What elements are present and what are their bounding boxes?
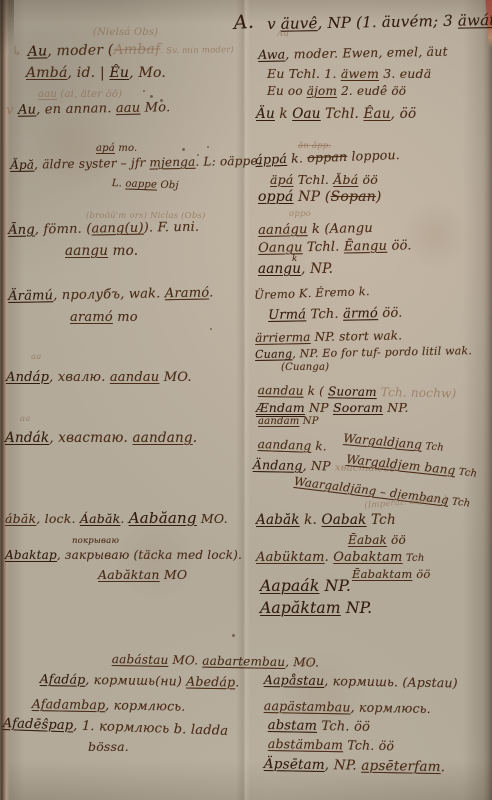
ink-speck: [143, 90, 145, 92]
text-segment: (ai, äter öö): [57, 89, 122, 100]
headword: aangu: [65, 243, 108, 259]
text-segment: ): [376, 189, 382, 205]
headword: Äpsētam: [264, 756, 325, 773]
headword: aandam: [258, 416, 299, 427]
headword: Au: [28, 43, 48, 59]
text-segment: k: [275, 106, 292, 122]
text-segment: Eu Tchl. 1.: [267, 66, 341, 81]
page-right-edge: [483, 0, 492, 800]
text-segment: aa: [20, 414, 31, 424]
text-segment: , пролубъ, wak.: [53, 286, 165, 303]
left-b6-line1: Andáp, хвалю. aandau MO.: [6, 370, 192, 385]
text-segment: , äldre syster – jfr: [34, 156, 149, 172]
headword: Aabăang: [129, 509, 197, 527]
text-segment: MO.: [197, 511, 228, 526]
headword: aau: [38, 89, 57, 100]
text-segment: . L: oäppe.: [195, 154, 262, 169]
text-segment: , хвалю.: [49, 370, 110, 385]
text-segment: öö: [387, 533, 406, 547]
text-segment: .: [209, 285, 214, 300]
text-segment: NP: [299, 416, 318, 427]
ink-speck: [210, 328, 212, 330]
left-b3-line1: Ăpă, äldre syster – jfr mjenga. L: oäppe…: [10, 154, 262, 172]
text-segment: , id. |: [68, 65, 110, 81]
headword: abstämbam: [268, 736, 344, 752]
right-b5-line1: Üremo K. Éremo k.: [254, 284, 370, 302]
right-b5-line2: Urmá Tch. ärmó öö.: [268, 306, 403, 323]
right-b6-line1: aandau k ( Suoram Tch. nochw): [258, 383, 457, 400]
text-segment: MO.: [159, 370, 191, 385]
left-b7-line1: Andák, хвастаю. aandang.: [5, 430, 197, 446]
header-initial: A.: [233, 11, 255, 34]
headword: mjenga: [149, 155, 195, 170]
right-b5-line3: ärrierma NP. stort wak.: [255, 328, 402, 345]
headword: Oau: [292, 106, 320, 122]
headword: Ăbá: [333, 172, 358, 187]
headword: Aramó: [165, 285, 210, 301]
left-b4-line1: Āng, fömn. (aang(u)). F. uni.: [8, 220, 199, 238]
text-segment: NP (: [294, 189, 331, 205]
text-segment: .: [120, 511, 128, 526]
right-b9-line4: abstämbam Tch. öö: [268, 736, 395, 753]
text-segment: Tchl.: [302, 240, 344, 256]
text-segment: Üremo K. Éremo k.: [254, 284, 370, 302]
left-b2-line1: v Au, en annan. aau Mo.: [6, 100, 171, 118]
text-segment: , кормишь(ни): [85, 672, 186, 689]
left-b6-note: aa: [31, 352, 42, 362]
text-segment: Tch. nochw): [377, 385, 457, 400]
stain: [400, 200, 470, 270]
headword: Abedáp: [186, 674, 235, 690]
left-b7-note: aa: [20, 414, 31, 424]
text-segment: Eu oo: [267, 84, 307, 98]
text-segment: Tch: [455, 466, 478, 479]
headword: Andáp: [6, 370, 49, 385]
text-segment: MO.: [168, 653, 202, 668]
text-segment: NP: [305, 400, 333, 415]
ink-speck: [207, 146, 209, 148]
struck-word: Sopan: [331, 189, 376, 205]
right-b7-line1: aandang k.: [258, 437, 328, 453]
text-segment: NP.: [383, 400, 409, 415]
left-b1-line2: Ambá, id. | Êu, Mo.: [26, 65, 166, 81]
ink-speck: [150, 95, 153, 98]
headword: äjom: [307, 84, 337, 98]
text-segment: Tch: [422, 441, 445, 454]
headword: äwát: [458, 11, 492, 30]
ink-speck: [232, 634, 235, 637]
headword: Awa: [258, 47, 285, 62]
left-b5-line1: Ärämú, пролубъ, wak. Aramó.: [8, 285, 214, 304]
text-segment: , закрываю (täcka med lock).: [57, 548, 242, 562]
right-b8-line2: Ēabak öö: [348, 533, 406, 547]
headword: aapästambau: [264, 698, 351, 715]
right-b4-line1: aanágu k (Aangu: [258, 221, 373, 238]
text-segment: .: [325, 550, 334, 565]
headword: aramó: [70, 310, 113, 325]
headword: Ēangu: [344, 239, 388, 255]
manuscript-page: A. v äuvê, NP (1. äuvém; 3 äwát). Au (Ni…: [0, 0, 492, 800]
text-segment: , fömn. (: [35, 222, 92, 238]
left-b1-note: (Nielsá Obs): [93, 27, 158, 38]
headword: aau: [116, 101, 141, 116]
text-segment: , кормлюсь.: [105, 697, 185, 713]
text-segment: Tch: [367, 512, 396, 528]
text-segment: öö: [358, 172, 378, 187]
headword: Ändang: [253, 457, 303, 473]
right-b8-line6: Aapăktam NP.: [260, 599, 372, 617]
text-segment: (ĉ): [300, 659, 312, 669]
text-segment: Tch. öö: [317, 719, 370, 735]
check-mark: ↳: [11, 44, 28, 60]
text-segment: k.: [311, 439, 327, 454]
headword: Andák: [5, 430, 49, 446]
headword: äwem: [341, 66, 379, 81]
text-segment: , NP. Eo for tuf- pordo litil wak.: [292, 344, 472, 360]
right-b9-line1: Aapåstau, кормишь. (Apstau): [264, 672, 458, 690]
headword: Ēabaktam: [352, 567, 412, 581]
left-b8-line2: Abaktap, закрываю (täcka med lock).: [5, 548, 242, 562]
headword: áppá: [255, 151, 287, 167]
text-segment: Tch. öö: [343, 737, 394, 753]
check-mark: v: [6, 103, 18, 118]
text-segment: NP.: [341, 599, 373, 617]
text-segment: .: [441, 759, 446, 775]
headword: aang(u): [91, 221, 143, 237]
right-b8-line4: Ēabaktam öö: [352, 567, 431, 581]
text-segment: bössa.: [88, 739, 129, 754]
left-b1-line1: ↳ Au, moder (Ambaf. Sv. min moder): [11, 40, 234, 60]
headword: ärmó: [343, 306, 378, 322]
text-segment: , moder (: [47, 42, 114, 59]
text-segment: Tch: [403, 553, 425, 564]
headword: oappe: [125, 178, 157, 190]
headword: aangu: [258, 261, 301, 277]
left-b8-line3: Aabăktan MO: [98, 567, 187, 582]
right-b3-line2: äpá Tchl. Ăbá öö: [270, 172, 378, 187]
headword: aandang: [258, 437, 312, 453]
text-segment: , moder. Ewen, emel, äut: [285, 44, 448, 62]
left-b3-subnote: L. oappe Obj: [112, 178, 179, 191]
headword: aandau: [110, 370, 160, 385]
headword: Ärämú: [8, 288, 53, 304]
book-binding-edge: [0, 0, 10, 800]
header-subnote: Au: [277, 29, 289, 39]
text-segment: (Cuanga): [281, 362, 329, 373]
headword: aabartembau: [202, 654, 285, 669]
text-segment: (Nielsá Obs): [93, 27, 158, 38]
text-segment: k (Aangu: [308, 221, 373, 237]
headword: Suoram: [328, 384, 377, 399]
headword: Aabüktam: [256, 550, 325, 565]
headword: Afadambap: [32, 696, 106, 712]
text-segment: покрываю: [72, 536, 119, 546]
text-segment: NP. stort wak.: [310, 328, 402, 344]
text-segment: mo.: [115, 143, 138, 154]
headword: apá: [96, 143, 115, 154]
text-segment: Obj: [157, 180, 179, 192]
headword: Urmá: [268, 307, 306, 323]
struck-word: Ambaf: [113, 41, 160, 58]
left-b9-line1: Afadáp, кормишь(ни) Abedáp.: [40, 671, 240, 689]
headword: Cuang: [255, 347, 292, 361]
right-b7-warg2: Wargaldjem bang Tch: [346, 452, 478, 480]
text-segment: öö.: [378, 306, 403, 321]
right-b9-line3: abstam Tch. öö: [268, 718, 370, 735]
text-segment: Tchl.: [321, 106, 364, 122]
headword: aandau: [258, 383, 304, 398]
right-b6-line2: Ændam NP Sooram NP.: [256, 400, 409, 415]
headword: Ændam: [256, 400, 305, 415]
right-b1-line3: Eu oo äjom 2. eudê öö: [267, 84, 406, 98]
right-b3-note: oppo: [289, 209, 311, 219]
right-b9-line5: Äpsētam, NP. apsēterfam.: [264, 756, 446, 775]
struck-word: oppan: [307, 149, 348, 165]
text-segment: , кормишь. (Apstau): [324, 673, 458, 690]
text-segment: , NP: [303, 458, 336, 474]
headword: Wargaldjang: [343, 431, 423, 452]
text-segment: . Sv. min moder): [160, 45, 234, 56]
headword: Áabăk: [80, 511, 121, 526]
text-segment: k (: [304, 384, 329, 398]
headword: Ambá: [26, 65, 68, 81]
text-segment: .: [193, 430, 198, 446]
left-b9-topline: aabástau MO. aabartembau, MO.: [112, 652, 320, 670]
headword: Oabak: [322, 512, 367, 528]
text-segment: , NP.: [301, 261, 333, 277]
text-segment: mo: [113, 310, 138, 325]
text-segment: 3. eudä: [379, 66, 431, 81]
right-b4-line2: Oangu Tchl. Ēangu öö.: [258, 238, 412, 256]
right-b4-line3: aangu, NP.: [258, 261, 333, 277]
text-segment: 2. eudê öö: [337, 84, 406, 98]
headword: ärrierma: [255, 330, 311, 345]
headword: aabástau: [112, 652, 169, 667]
headword: Abaktap: [5, 548, 57, 562]
right-b9-line2: aapästambau, кормлюсь.: [264, 698, 431, 716]
headword: aanágu: [258, 222, 308, 238]
text-segment: oppo: [289, 209, 311, 219]
headword: Aapåstau: [264, 672, 325, 688]
headword: Äu: [256, 106, 275, 122]
right-b1-line2: Eu Tchl. 1. äwem 3. eudä: [267, 66, 431, 81]
headword: Ēabak: [348, 533, 387, 547]
text-segment: .: [235, 674, 239, 689]
text-segment: loppou.: [347, 147, 400, 164]
text-segment: öö.: [387, 238, 412, 253]
left-b9-line4: bössa.: [88, 739, 129, 754]
headword: ábăk: [5, 511, 36, 526]
headword: abstam: [268, 718, 318, 734]
text-segment: , 1. кормлюсь b. ladda: [73, 718, 228, 738]
headword: Aabăktan: [98, 567, 160, 582]
right-b7-warg1: Wargaldjang Tch: [343, 431, 445, 454]
right-b3-line3: oppá NP (Sopan): [258, 189, 382, 205]
headword: Aabăk: [256, 512, 300, 528]
text-segment: A.: [233, 11, 255, 34]
text-segment: MO: [160, 567, 188, 582]
header-title: v äuvê, NP (1. äuvém; 3 äwát).: [267, 11, 492, 33]
headword: Êau: [363, 106, 390, 122]
text-segment: , öö: [391, 106, 417, 122]
text-segment: k.: [287, 150, 308, 166]
text-segment: Mo.: [140, 100, 170, 116]
headword: Êu: [110, 65, 130, 81]
text-segment: Tchl.: [294, 172, 334, 187]
headword: Ăpă: [10, 158, 34, 172]
left-b3-note: apá mo.: [96, 143, 137, 154]
left-b8-note: покрываю: [72, 536, 119, 546]
text-segment: , Mo.: [129, 65, 166, 81]
left-b5-line2: aramó mo: [70, 310, 138, 325]
text-segment: , lock.: [36, 511, 80, 526]
right-b5-line5: (Cuanga): [281, 362, 329, 373]
text-segment: öö: [412, 567, 430, 581]
headword: apsēterfam: [361, 758, 441, 775]
headword: Āng: [8, 223, 35, 238]
text-segment: mo.: [108, 243, 138, 259]
headword: Au: [18, 102, 36, 117]
text-segment: NP.: [319, 577, 351, 595]
headword: Afadēŝpap: [2, 716, 73, 733]
left-b4-line2: aangu mo.: [65, 243, 138, 259]
right-b9-note: (ĉ): [300, 659, 312, 669]
headword: Sooram: [333, 400, 383, 415]
text-segment: , NP (1. äuvém; 3: [317, 12, 458, 32]
text-segment: Tch: [448, 496, 471, 510]
left-b9-line3: Afadēŝpap, 1. кормлюсь b. ladda: [2, 716, 228, 739]
right-b2-line1: Äu k Oau Tchl. Êau, öö: [256, 106, 416, 122]
right-b3-line1: áppá k. oppan loppou.: [255, 147, 400, 167]
right-b8-line1: Aabăk k. Oabak Tch: [256, 512, 396, 528]
text-segment: , хвастаю.: [49, 430, 132, 446]
text-segment: Au: [277, 29, 289, 39]
headword: Afadáp: [40, 671, 86, 687]
left-b2-note: aau (ai, äter öö): [38, 89, 122, 100]
headword: Oabaktam: [333, 550, 402, 565]
left-b8-line1: ábăk, lock. Áabăk. Aabăang MO.: [5, 509, 228, 527]
text-segment: k.: [300, 512, 322, 528]
text-segment: , NP.: [325, 757, 362, 774]
right-b6-line3: aandam NP: [258, 416, 319, 427]
ink-speck: [182, 148, 185, 151]
headword: Aapăktam: [260, 599, 341, 617]
right-b5-line4: Cuang, NP. Eo for tuf- pordo litil wak.: [255, 344, 472, 361]
right-b8-line3: Aabüktam. Oabaktam Tch: [256, 550, 424, 565]
text-segment: ). F. uni.: [144, 220, 200, 236]
headword: aandang: [133, 430, 193, 446]
text-segment: L.: [112, 178, 126, 189]
text-segment: , en annan.: [36, 101, 116, 117]
text-segment: aa: [31, 352, 42, 362]
text-segment: , кормлюсь.: [351, 700, 431, 716]
headword: Aapaák: [260, 577, 319, 595]
right-b1-line1: Awa, moder. Ewen, emel, äut: [258, 44, 448, 62]
left-b9-line2: Afadambap, кормлюсь.: [32, 696, 186, 714]
text-segment: Tch.: [306, 307, 343, 323]
headword: oppá: [258, 189, 294, 205]
right-b8-line5: Aapaák NP.: [260, 577, 351, 595]
headword: äpá: [270, 172, 294, 187]
